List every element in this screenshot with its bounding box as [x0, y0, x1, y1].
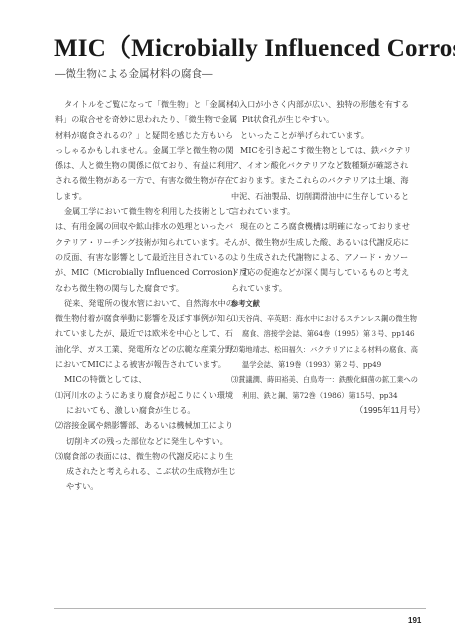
- body-text-line: 現在のところ腐食機構は明確になっておりませ: [231, 219, 427, 234]
- body-text-line: 金属工学において微生物を利用した技術として: [55, 204, 223, 219]
- body-text-line: ております。またこれらのバクテリアは土壌、海: [231, 173, 427, 188]
- body-text-line: やすい。: [55, 479, 223, 494]
- body-text-line: 料」の取合せを奇妙に思われたり、「微生物で金属: [55, 112, 223, 127]
- body-text-line: 材料が腐食されるの？」と疑問を感じた方もいら: [55, 128, 223, 143]
- reference-item-3-cont: 利用、鉄と鋼、第72巻（1986）第15号、pp34: [231, 388, 427, 403]
- body-text-line: は、有用金属の回収や鉱山排水の処理といったバ: [55, 219, 223, 234]
- issue-note: （1995年11月号）: [231, 403, 427, 418]
- body-text-line: MICを引き起こす微生物としては、鉄バクテリ: [231, 143, 427, 158]
- article-subtitle: ―微生物による金属材料の腐食―: [55, 67, 213, 81]
- body-text-line: 油化学、ガス工業、発電所などの広範な産業分野: [55, 342, 223, 357]
- footer-rule: [54, 608, 426, 609]
- body-text-line: 成されたと考えられる、こぶ状の生成物が生じ: [55, 464, 223, 479]
- body-text-line: より生成された代謝物による、アノード・カソー: [231, 250, 427, 265]
- page-number: 191: [408, 616, 421, 625]
- body-text-line: においてMICによる被害が報告されています。: [55, 357, 223, 372]
- right-body-text: ⑷入口が小さく内部が広い、独特の形態を有するPit状食孔が生じやすい。といったこ…: [231, 97, 427, 296]
- reference-item-2: ⑵菊地靖志、松田福久：バクテリアによる材料の腐食、高: [231, 342, 427, 357]
- body-text-line: 微生物付着が腐食挙動に影響を及ぼす事例が知ら: [55, 311, 223, 326]
- right-column: ⑷入口が小さく内部が広い、独特の形態を有するPit状食孔が生じやすい。といったこ…: [231, 97, 427, 418]
- left-column: タイトルをご覧になって「微生物」と「金属材料」の取合せを奇妙に思われたり、「微生…: [55, 97, 223, 495]
- reference-item-1-cont: 腐食、溶接学会誌、第64巻（1995）第３号、pp146: [231, 326, 427, 341]
- body-text-line: れていましたが、最近では欧米を中心として、石: [55, 326, 223, 341]
- body-text-line: クテリア・リーチング技術が知られています。そ: [55, 235, 223, 250]
- article-title: MIC（Microbially Influenced Corrosion）: [54, 34, 434, 64]
- reference-item-2-cont: 温学会誌、第19巻（1993）第２号、pp49: [231, 357, 427, 372]
- body-text-line: ⑷入口が小さく内部が広い、独特の形態を有する: [231, 97, 427, 112]
- body-text-line: においても、激しい腐食が生じる。: [55, 403, 223, 418]
- body-text-line: ⑴河川水のようにあまり腐食が起こりにくい環境: [55, 388, 223, 403]
- body-text-line: んが、微生物が生成した酸、あるいは代謝反応に: [231, 235, 427, 250]
- body-text-line: 切削キズの残った部位などに発生しやすい。: [55, 434, 223, 449]
- reference-item-1: ⑴天谷尚、辛英昭：海水中におけるステンレス鋼の微生物: [231, 311, 427, 326]
- body-text-line: られています。: [231, 281, 427, 296]
- body-text-line: なわち微生物の関与した腐食です。: [55, 281, 223, 296]
- body-text-line: MICの特徴としては、: [55, 372, 223, 387]
- reference-item-3: ⑶賞議潤、蒔田裕美、白鳥寿一：鉄酸化細菌の鉱工業への: [231, 372, 427, 387]
- body-text-line: 言われています。: [231, 204, 427, 219]
- body-text-line: ⑶腐食部の表面には、微生物の代謝反応により生: [55, 449, 223, 464]
- body-text-line: っしゃるかもしれません。金属工学と微生物の関: [55, 143, 223, 158]
- body-text-line: される微生物がある一方で、有害な微生物が存在: [55, 173, 223, 188]
- body-text-line: 中泥、石油製品、切削潤滑油中に生存していると: [231, 189, 427, 204]
- reference-list: ⑴天谷尚、辛英昭：海水中におけるステンレス鋼の微生物 腐食、溶接学会誌、第64巻…: [231, 311, 427, 403]
- body-text-line: 係は、人と微生物の関係に似ており、有益に利用: [55, 158, 223, 173]
- body-text-line: といったことが挙げられています。: [231, 128, 427, 143]
- body-text-line: Pit状食孔が生じやすい。: [231, 112, 427, 127]
- body-text-line: ⑵溶接金属や熱影響部、あるいは機械加工により: [55, 418, 223, 433]
- body-text-line: タイトルをご覧になって「微生物」と「金属材: [55, 97, 223, 112]
- body-text-line: が、MIC（Microbially Influenced Corrosion）す: [55, 265, 223, 280]
- body-text-line: ア、イオン酸化バクテリアなど数種類が確認され: [231, 158, 427, 173]
- body-text-line: ド反応の促進などが深く関与しているものと考え: [231, 265, 427, 280]
- body-text-line: の反面、有害な影響として最近注目されているの: [55, 250, 223, 265]
- body-text-line: します。: [55, 189, 223, 204]
- references-heading: 参考文献: [231, 296, 427, 311]
- body-text-line: 従来、発電所の復水管において、自然海水中の: [55, 296, 223, 311]
